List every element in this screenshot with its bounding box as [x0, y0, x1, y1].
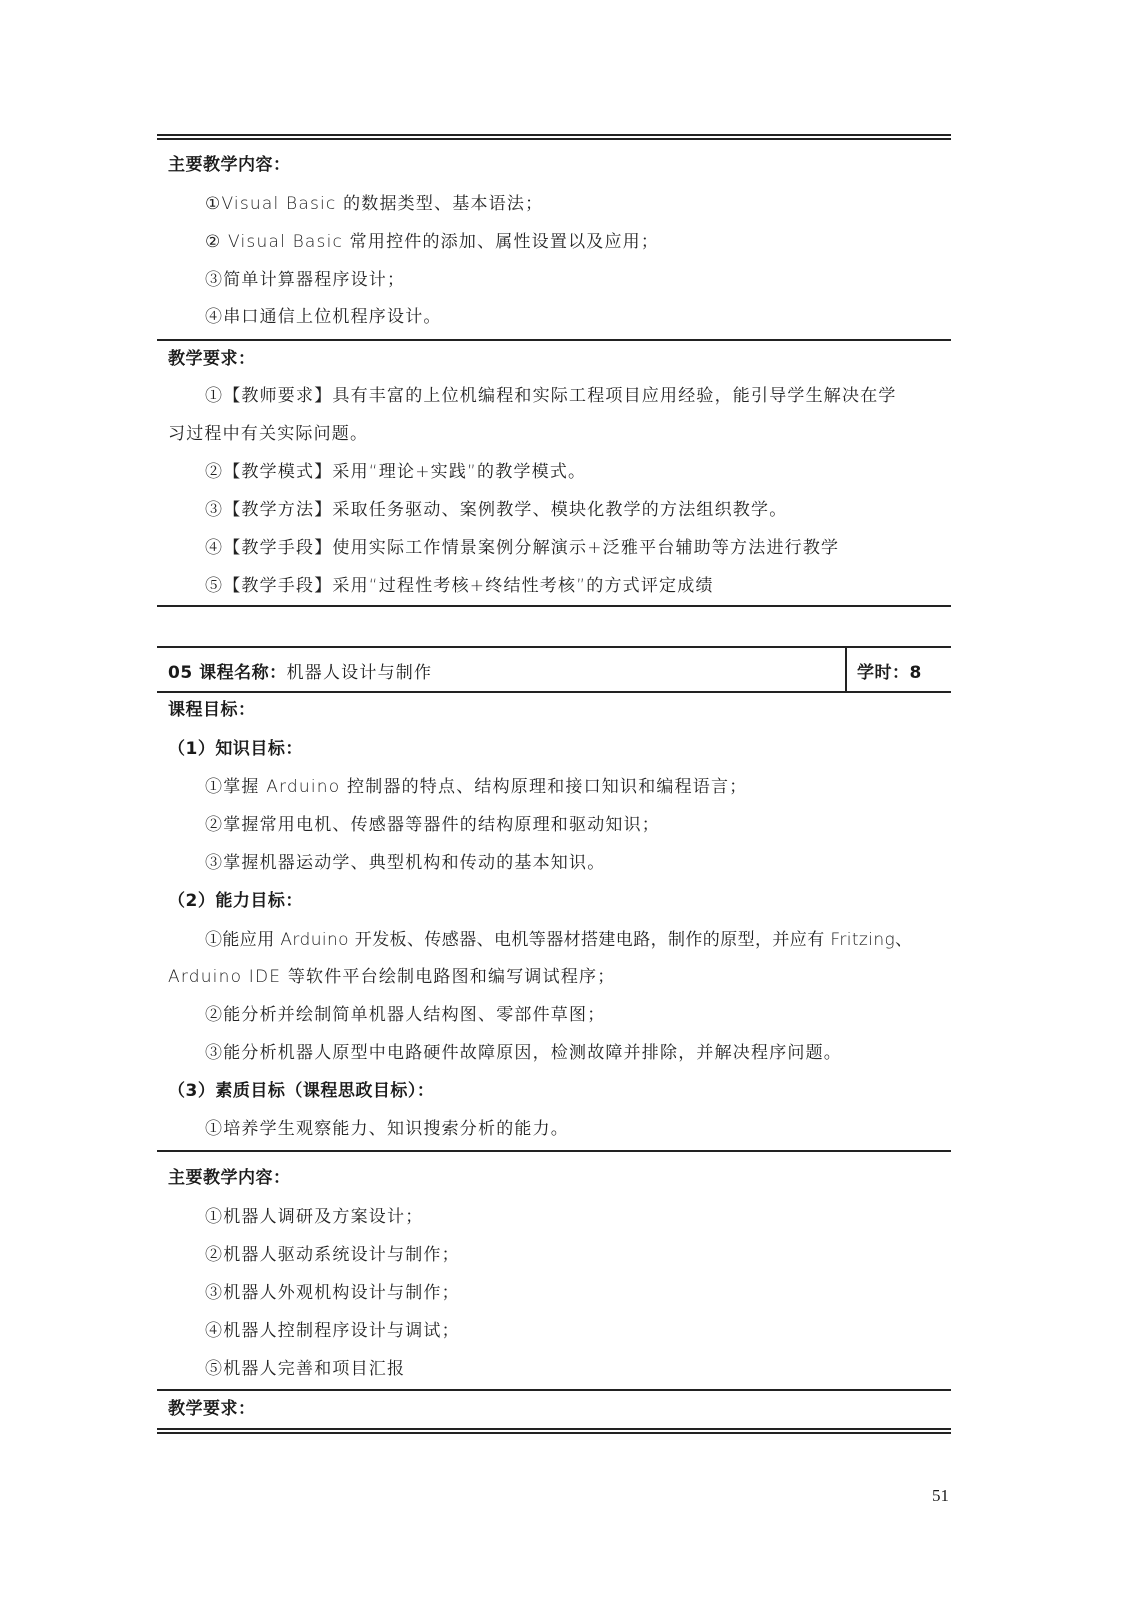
hours-value: 8 [910, 663, 922, 683]
knowledge-item: ③掌握机器运动学、典型机构和传动的基本知识。 [205, 848, 605, 873]
requirement-item: ③【教学方法】采取任务驱动、案例教学、模块化教学的方法组织教学。 [205, 495, 787, 520]
course-name-label: 05 课程名称： [168, 663, 287, 683]
course-name-row: 05 课程名称：机器人设计与制作 [168, 658, 432, 683]
course-name-value: 机器人设计与制作 [287, 663, 433, 683]
content-item: ③机器人外观机构设计与制作； [205, 1278, 460, 1303]
content-item: ①Visual Basic 的数据类型、基本语法； [205, 189, 543, 214]
ability-item: ③能分析机器人原型中电路硬件故障原因，检测故障并排除，并解决程序问题。 [205, 1038, 842, 1063]
section-heading-teaching-requirements: 教学要求： [168, 1394, 256, 1419]
course-hours: 学时：8 [857, 658, 922, 683]
row-divider [157, 1389, 951, 1391]
row-divider [157, 691, 951, 693]
requirement-item: ④【教学手段】使用实际工作情景案例分解演示+泛雅平台辅助等方法进行教学 [205, 533, 839, 558]
content-item: ①机器人调研及方案设计； [205, 1202, 423, 1227]
hours-label: 学时： [857, 663, 910, 683]
ability-item: ①能应用 Arduino 开发板、传感器、电机等器材搭建电路，制作的原型，并应有… [205, 925, 913, 950]
section-heading-course-goals: 课程目标： [168, 695, 256, 720]
section-heading-teaching-content: 主要教学内容： [168, 150, 291, 175]
quality-item: ①培养学生观察能力、知识搜索分析的能力。 [205, 1114, 569, 1139]
section-heading-teaching-content: 主要教学内容： [168, 1163, 291, 1188]
ability-item: ②能分析并绘制简单机器人结构图、零部件草图； [205, 1000, 605, 1025]
content-item: ⑤机器人完善和项目汇报 [205, 1354, 405, 1379]
subheading-ability-goals: （2）能力目标： [168, 886, 303, 911]
table-top-line [157, 646, 951, 648]
content-item: ②机器人驱动系统设计与制作； [205, 1240, 460, 1265]
cell-divider [845, 646, 847, 692]
page-bottom-double-line-2 [157, 1432, 951, 1434]
ability-item-continuation: Arduino IDE 等软件平台绘制电路图和编写调试程序； [168, 962, 615, 987]
subheading-knowledge-goals: （1）知识目标： [168, 734, 303, 759]
content-item: ④机器人控制程序设计与调试； [205, 1316, 460, 1341]
knowledge-item: ②掌握常用电机、传感器等器件的结构原理和驱动知识； [205, 810, 660, 835]
row-divider [157, 339, 951, 341]
page-bottom-double-line-1 [157, 1428, 951, 1430]
requirement-item: ⑤【教学手段】采用“过程性考核+终结性考核”的方式评定成绩 [205, 571, 714, 596]
requirement-item: ②【教学模式】采用“理论+实践”的教学模式。 [205, 457, 586, 482]
table-top-double-line-1 [157, 134, 951, 136]
table-top-double-line-2 [157, 138, 951, 140]
section-heading-teaching-requirements: 教学要求： [168, 344, 256, 369]
table-bottom-line [157, 605, 951, 607]
requirement-item: ①【教师要求】具有丰富的上位机编程和实际工程项目应用经验，能引导学生解决在学 [205, 381, 897, 406]
content-item: ④串口通信上位机程序设计。 [205, 302, 442, 327]
requirement-item-continuation: 习过程中有关实际问题。 [168, 419, 368, 444]
subheading-quality-goals: （3）素质目标（课程思政目标）： [168, 1076, 434, 1101]
page-number: 51 [932, 1486, 949, 1506]
row-divider [157, 1150, 951, 1152]
content-item: ③简单计算器程序设计； [205, 265, 405, 290]
content-item: ② Visual Basic 常用控件的添加、属性设置以及应用； [205, 227, 659, 252]
knowledge-item: ①掌握 Arduino 控制器的特点、结构原理和接口知识和编程语言； [205, 772, 747, 797]
